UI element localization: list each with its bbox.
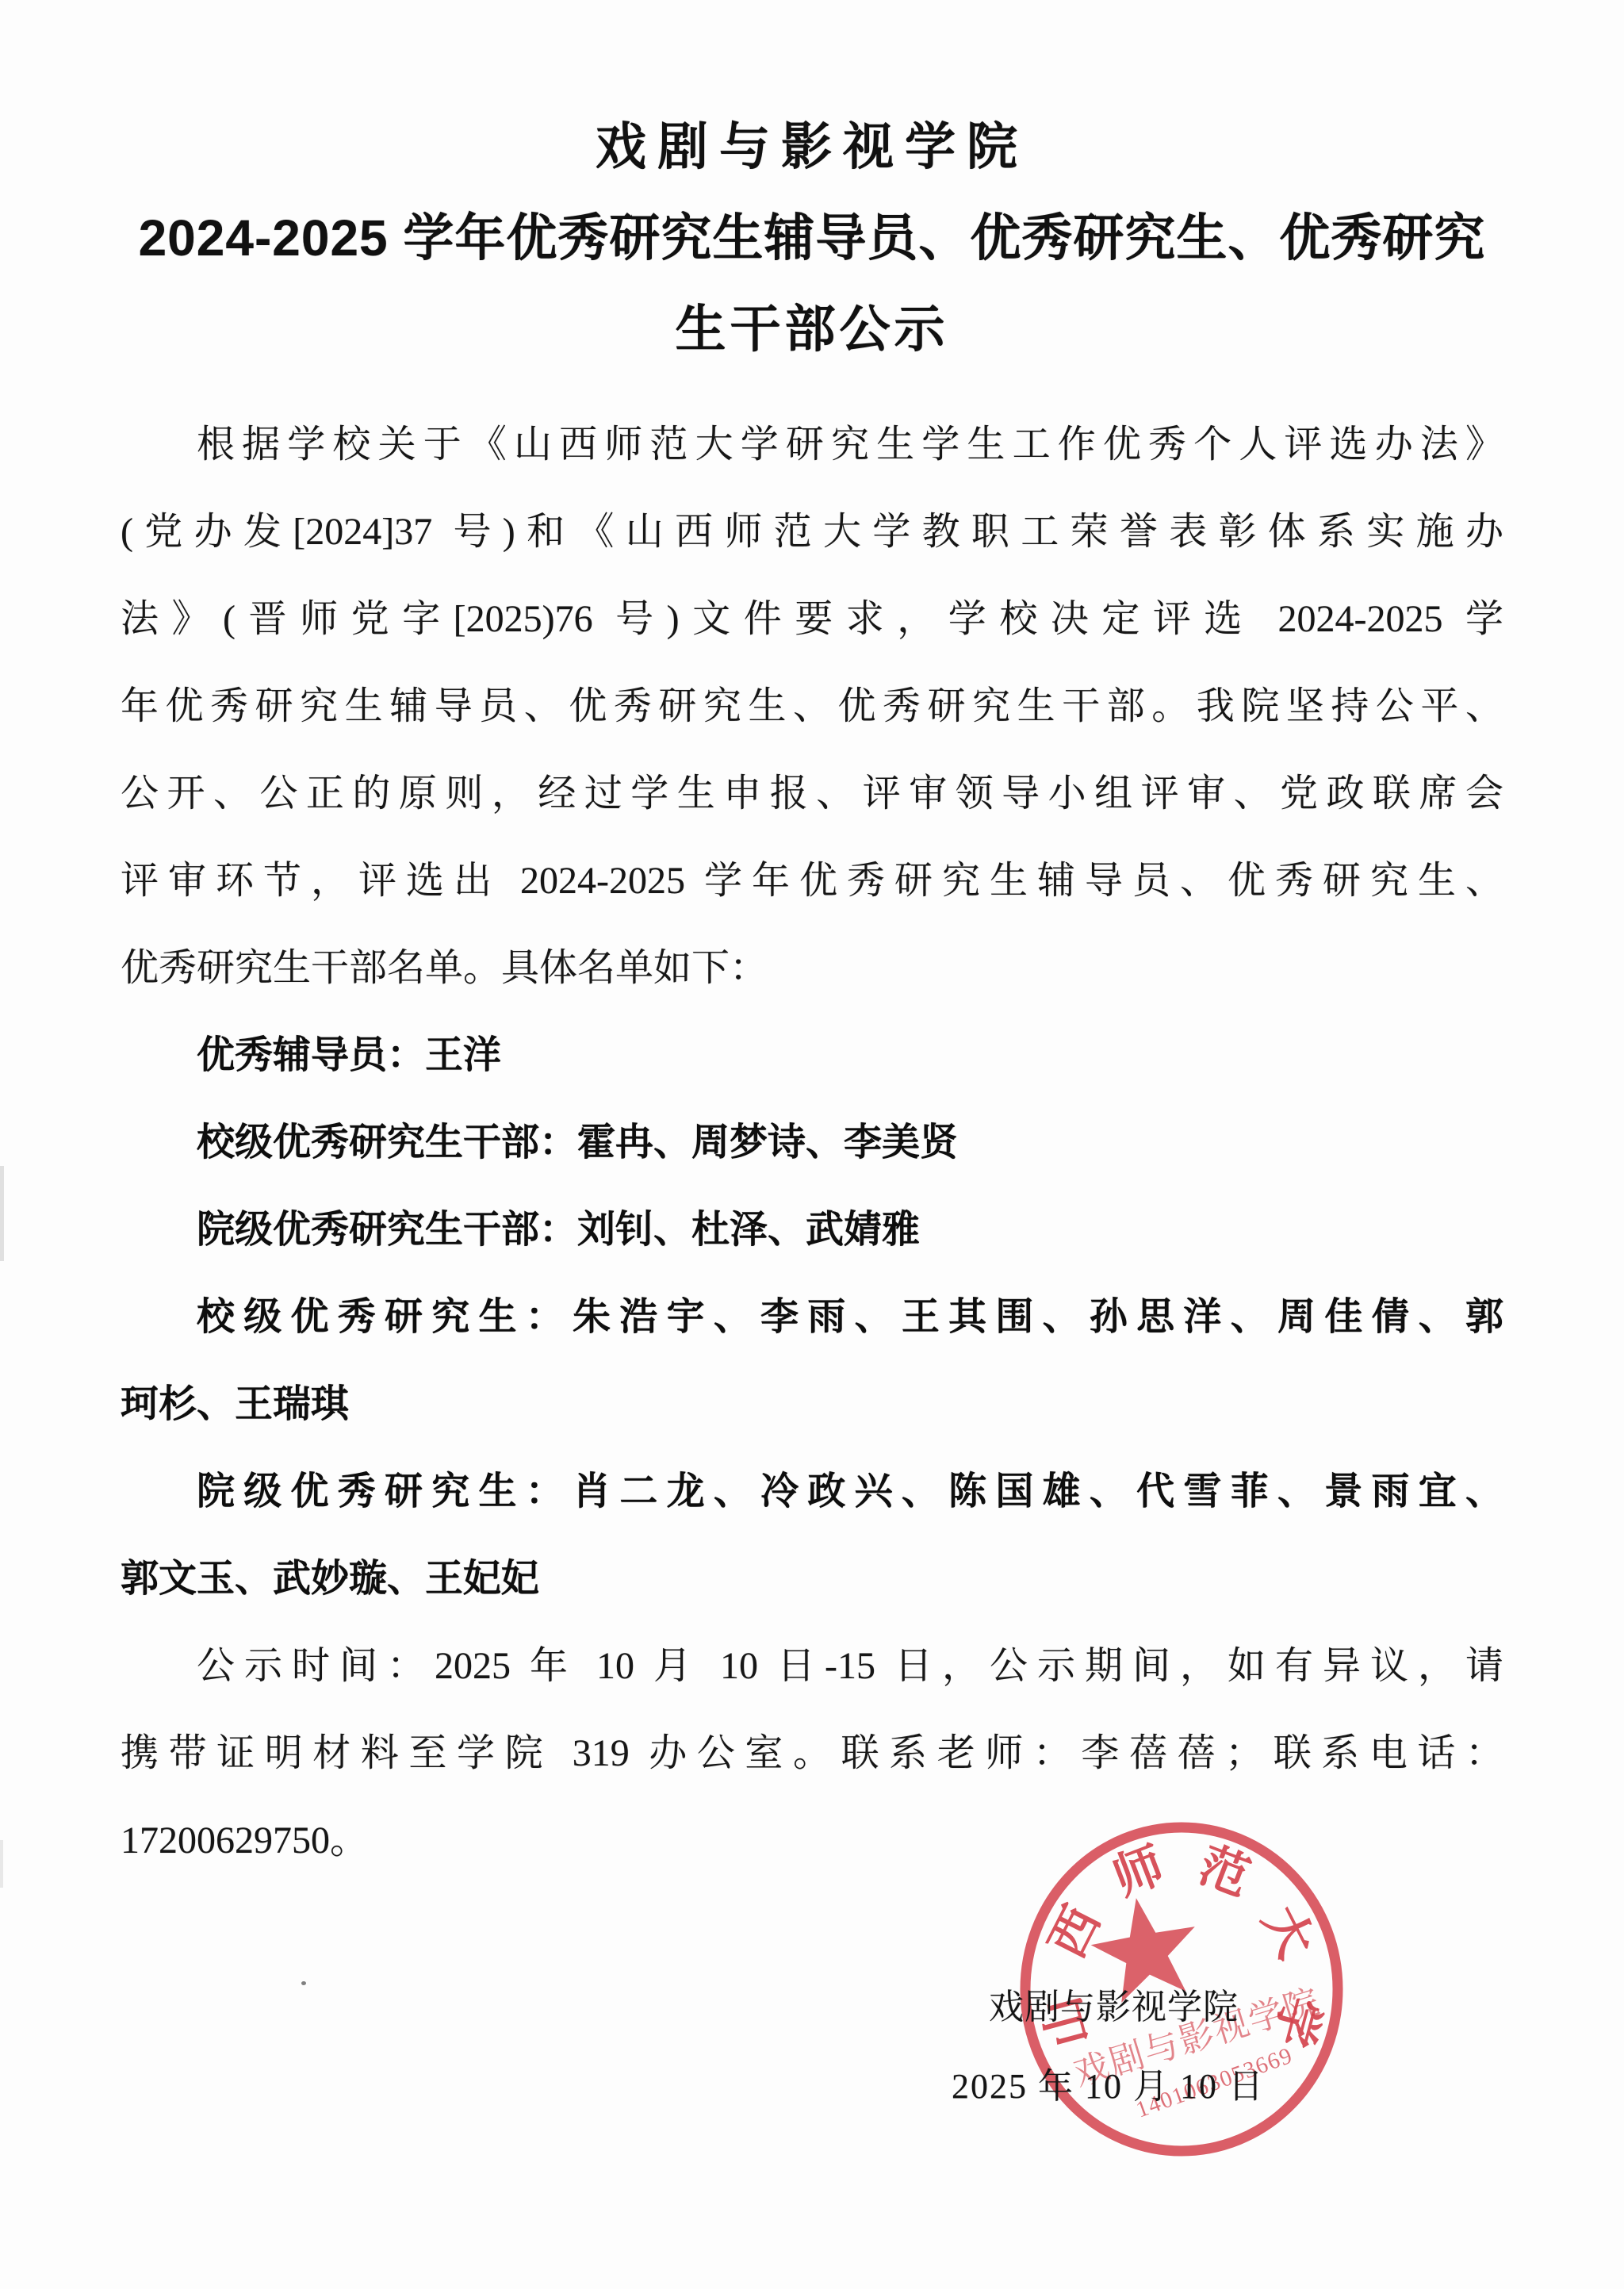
date-line: 2025 年 10 月 10 日 bbox=[952, 2057, 1265, 2108]
seal-university-char: 范 bbox=[1192, 1838, 1257, 1907]
text-line: 院级优秀研究生：肖二龙、冷政兴、陈国雄、代雪菲、景雨宜、 bbox=[121, 1448, 1503, 1536]
title-line-2: 2024-2025 学年优秀研究生辅导员、优秀研究生、优秀研究 bbox=[0, 193, 1624, 284]
text-line: 院级优秀研究生干部：刘钊、杜泽、武婧雅 bbox=[121, 1187, 1503, 1274]
scan-edge-smudge bbox=[0, 1166, 4, 1261]
text-line: 珂杉、王瑞琪 bbox=[121, 1361, 1503, 1448]
text-line: 评审环节，评选出 2024-2025 学年优秀研究生辅导员、优秀研究生、 bbox=[121, 838, 1503, 925]
text-line: (党办发[2024]37 号)和《山西师范大学教职工荣誉表彰体系实施办 bbox=[121, 489, 1503, 576]
text-line: 优秀研究生干部名单。具体名单如下： bbox=[121, 925, 1503, 1012]
text-line: 校级优秀研究生：朱浩宇、李雨、王其围、孙思洋、周佳倩、郭 bbox=[121, 1274, 1503, 1361]
text-line: 校级优秀研究生干部：霍冉、周梦诗、李美贤 bbox=[121, 1099, 1503, 1187]
signature-line: 戏剧与影视学院 bbox=[989, 1978, 1239, 2029]
title-line-1: 戏剧与影视学院 bbox=[0, 102, 1624, 193]
scan-speck-artifact bbox=[301, 1981, 306, 1985]
seal-university-char: 师 bbox=[1106, 1838, 1171, 1907]
text-line: 优秀辅导员：王洋 bbox=[121, 1012, 1503, 1099]
title-line-3: 生干部公示 bbox=[0, 284, 1624, 375]
text-line: 公开、公正的原则，经过学生申报、评审领导小组评审、党政联席会 bbox=[121, 750, 1503, 838]
text-line: 根据学校关于《山西师范大学研究生学生工作优秀个人评选办法》 bbox=[121, 401, 1503, 489]
text-line: 郭文玉、武妙璇、王妃妃 bbox=[121, 1536, 1503, 1623]
text-line: 携带证明材料至学院 319 办公室。联系老师：李蓓蓓；联系电话： bbox=[121, 1710, 1503, 1797]
document-body: 根据学校关于《山西师范大学研究生学生工作优秀个人评选办法》(党办发[2024]3… bbox=[121, 401, 1503, 1884]
document-title: 戏剧与影视学院 2024-2025 学年优秀研究生辅导员、优秀研究生、优秀研究 … bbox=[0, 102, 1624, 375]
document-page: 戏剧与影视学院 2024-2025 学年优秀研究生辅导员、优秀研究生、优秀研究 … bbox=[0, 0, 1624, 2289]
text-line: 年优秀研究生辅导员、优秀研究生、优秀研究生干部。我院坚持公平、 bbox=[121, 663, 1503, 750]
text-line: 法》(晋师党字[2025)76 号)文件要求，学校决定评选 2024-2025 … bbox=[121, 576, 1503, 663]
text-line: 公示时间：2025 年 10 月 10 日-15 日，公示期间，如有异议，请 bbox=[121, 1623, 1503, 1710]
scan-edge-smudge bbox=[0, 1840, 3, 1888]
